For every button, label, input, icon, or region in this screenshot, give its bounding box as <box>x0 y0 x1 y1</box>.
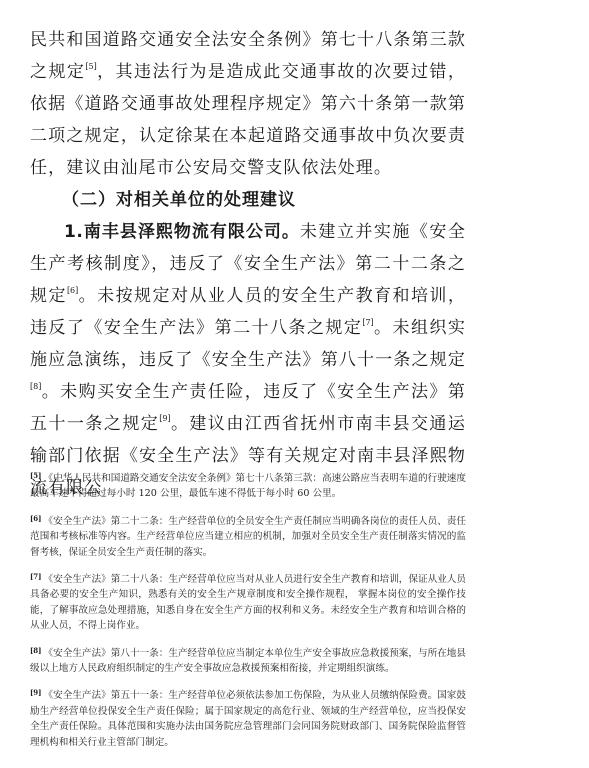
footnote-mark: [9] <box>30 688 42 697</box>
footnote-text: 《安全生产法》第二十八条：生产经营单位应当对从业人员进行安全生产教育和培训，保证… <box>30 574 466 631</box>
footnotes: [5]《中华人民共和国道路交通安全法安全条例》第七十八条第三款：高速公路应当表明… <box>30 468 466 759</box>
footnote-text: 《中华人民共和国道路交通安全法安全条例》第七十八条第三款：高速公路应当表明车道的… <box>30 473 466 499</box>
footnote-mark: [8] <box>30 646 42 655</box>
footnote-ref-5[interactable]: [5] <box>85 62 96 71</box>
body-text: 民共和国道路交通安全法安全条例》第七十八条第三款之规定[5]，其违法行为是造成此… <box>30 24 466 504</box>
document-page: 民共和国道路交通安全法安全条例》第七十八条第三款之规定[5]，其违法行为是造成此… <box>0 0 589 768</box>
continuation-paragraph: 民共和国道路交通安全法安全条例》第七十八条第三款之规定[5]，其违法行为是造成此… <box>30 24 466 184</box>
paragraph-text: ，其违法行为是造成此交通事故的次要过错，依据《道路交通事故处理程序规定》第六十条… <box>30 62 466 178</box>
section-heading: （二）对相关单位的处理建议 <box>30 184 466 216</box>
footnote-text: 《安全生产法》第八十一条：生产经营单位应当制定本单位生产安全事故应急救援预案，与… <box>30 648 466 674</box>
footnote-mark: [6] <box>30 514 42 523</box>
footnote-text: 《安全生产法》第二十二条：生产经营单位的全员安全生产责任制应当明确各岗位的责任人… <box>30 516 466 558</box>
footnote-ref-9[interactable]: [9] <box>159 414 170 423</box>
item-1-paragraph: 1.南丰县泽熙物流有限公司。未建立并实施《安全生产考核制度》，违反了《安全生产法… <box>30 216 466 504</box>
footnote-ref-6[interactable]: [6] <box>67 286 78 295</box>
footnote-ref-8[interactable]: [8] <box>30 382 41 391</box>
footnote-5: [5]《中华人民共和国道路交通安全法安全条例》第七十八条第三款：高速公路应当表明… <box>30 468 466 502</box>
footnote-text: 《安全生产法》第五十一条：生产经营单位必须依法参加工伤保险，为从业人员缴纳保险费… <box>30 690 466 747</box>
footnote-ref-7[interactable]: [7] <box>362 318 373 327</box>
footnote-9: [9]《安全生产法》第五十一条：生产经营单位必须依法参加工伤保险，为从业人员缴纳… <box>30 685 466 750</box>
footnote-8: [8]《安全生产法》第八十一条：生产经营单位应当制定本单位生产安全事故应急救援预… <box>30 643 466 677</box>
footnote-mark: [7] <box>30 572 42 581</box>
item-1-title: 1.南丰县泽熙物流有限公司。 <box>64 222 300 242</box>
footnote-6: [6]《安全生产法》第二十二条：生产经营单位的全员安全生产责任制应当明确各岗位的… <box>30 511 466 560</box>
footnote-mark: [5] <box>30 471 42 480</box>
footnote-7: [7]《安全生产法》第二十八条：生产经营单位应当对从业人员进行安全生产教育和培训… <box>30 569 466 634</box>
